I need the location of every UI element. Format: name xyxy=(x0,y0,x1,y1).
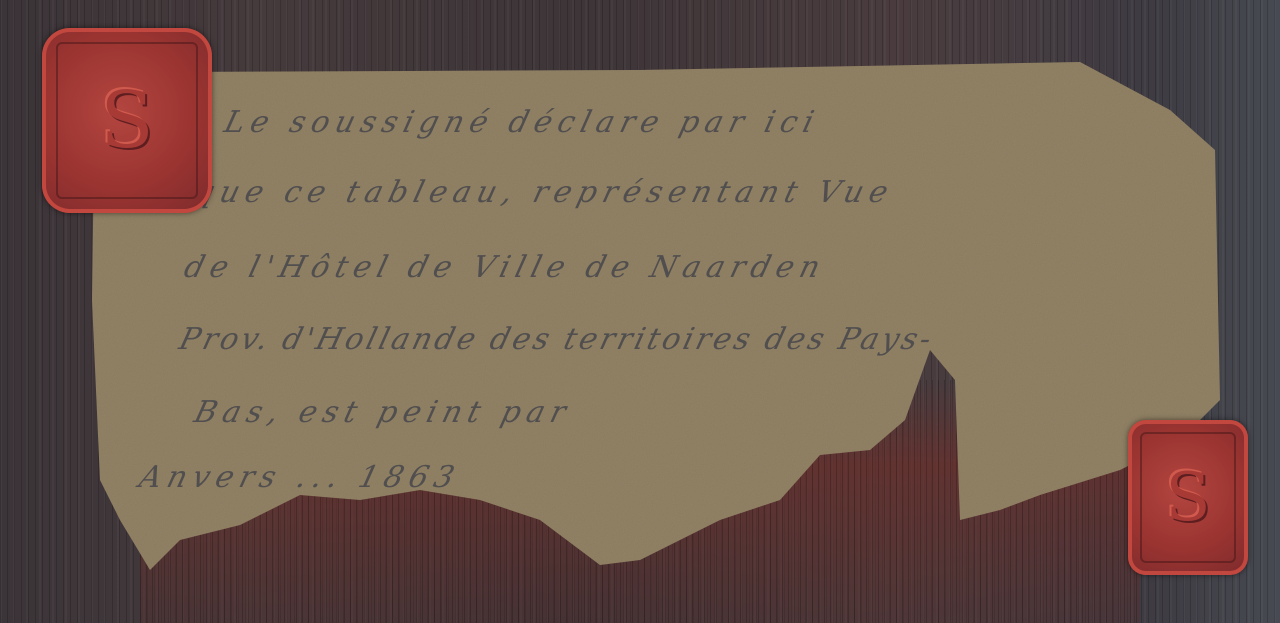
label-line-4: Prov. d'Hollande des territoires des Pay… xyxy=(176,322,938,357)
label-line-6: Anvers ... 1863 xyxy=(136,460,464,495)
label-line-2: que ce tableau, représentant Vue xyxy=(191,175,898,210)
monogram-s-icon: S xyxy=(1165,459,1210,536)
label-line-5: Bas, est peint par xyxy=(191,395,576,430)
monogram-s-icon: S xyxy=(100,76,153,166)
wax-seal-bottom-right: S xyxy=(1128,420,1248,575)
label-line-1: Le soussigné déclare par ici xyxy=(221,105,824,140)
label-line-3: de l'Hôtel de Ville de Naarden xyxy=(181,250,830,285)
wax-seal-top-left: S xyxy=(42,28,212,213)
